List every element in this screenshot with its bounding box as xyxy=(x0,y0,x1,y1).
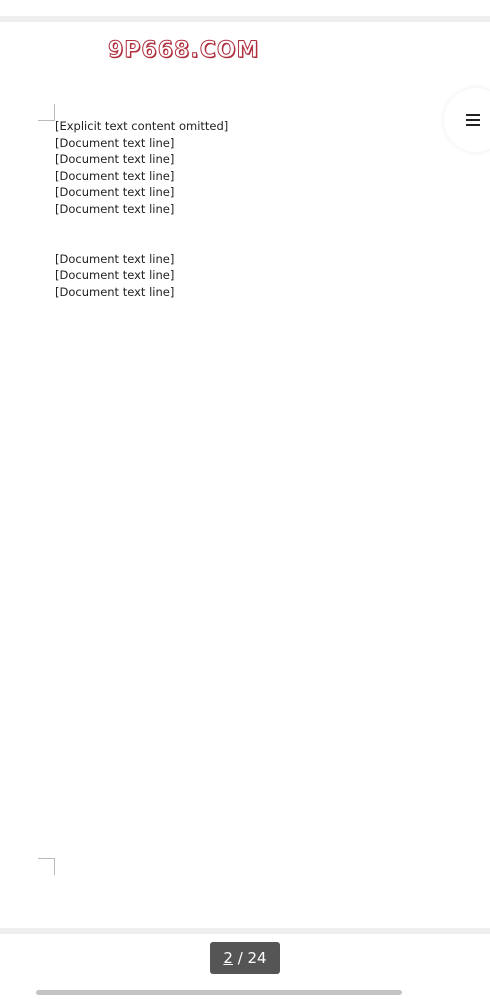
page-separator xyxy=(0,928,490,934)
text-line: [Document text line] xyxy=(55,284,480,301)
page-corner-mark xyxy=(38,858,55,875)
page-indicator: 2 / 24 xyxy=(210,942,280,974)
page-corner-mark xyxy=(38,104,55,121)
text-line: [Document text line] xyxy=(55,251,480,268)
current-page: 2 xyxy=(223,949,233,967)
document-page: 9P668.COM [Explicit text content omitted… xyxy=(0,22,490,922)
hamburger-menu-icon xyxy=(466,111,480,129)
top-gap xyxy=(0,0,490,16)
text-line: [Document text line] xyxy=(55,184,480,201)
paragraph: [Document text line] [Document text line… xyxy=(55,251,480,301)
text-line: [Document text line] xyxy=(55,135,480,152)
page-separator-text: / xyxy=(233,949,248,967)
text-line: [Document text line] xyxy=(55,267,480,284)
document-body: [Explicit text content omitted] [Documen… xyxy=(55,118,480,333)
total-pages: 24 xyxy=(248,949,267,967)
watermark: 9P668.COM xyxy=(108,38,259,63)
text-line: [Document text line] xyxy=(55,168,480,185)
text-line: [Document text line] xyxy=(55,201,480,218)
paragraph: [Explicit text content omitted] [Documen… xyxy=(55,118,480,218)
text-line: [Document text line] xyxy=(55,151,480,168)
text-line: [Explicit text content omitted] xyxy=(55,118,480,135)
horizontal-scrollbar[interactable] xyxy=(36,990,402,995)
